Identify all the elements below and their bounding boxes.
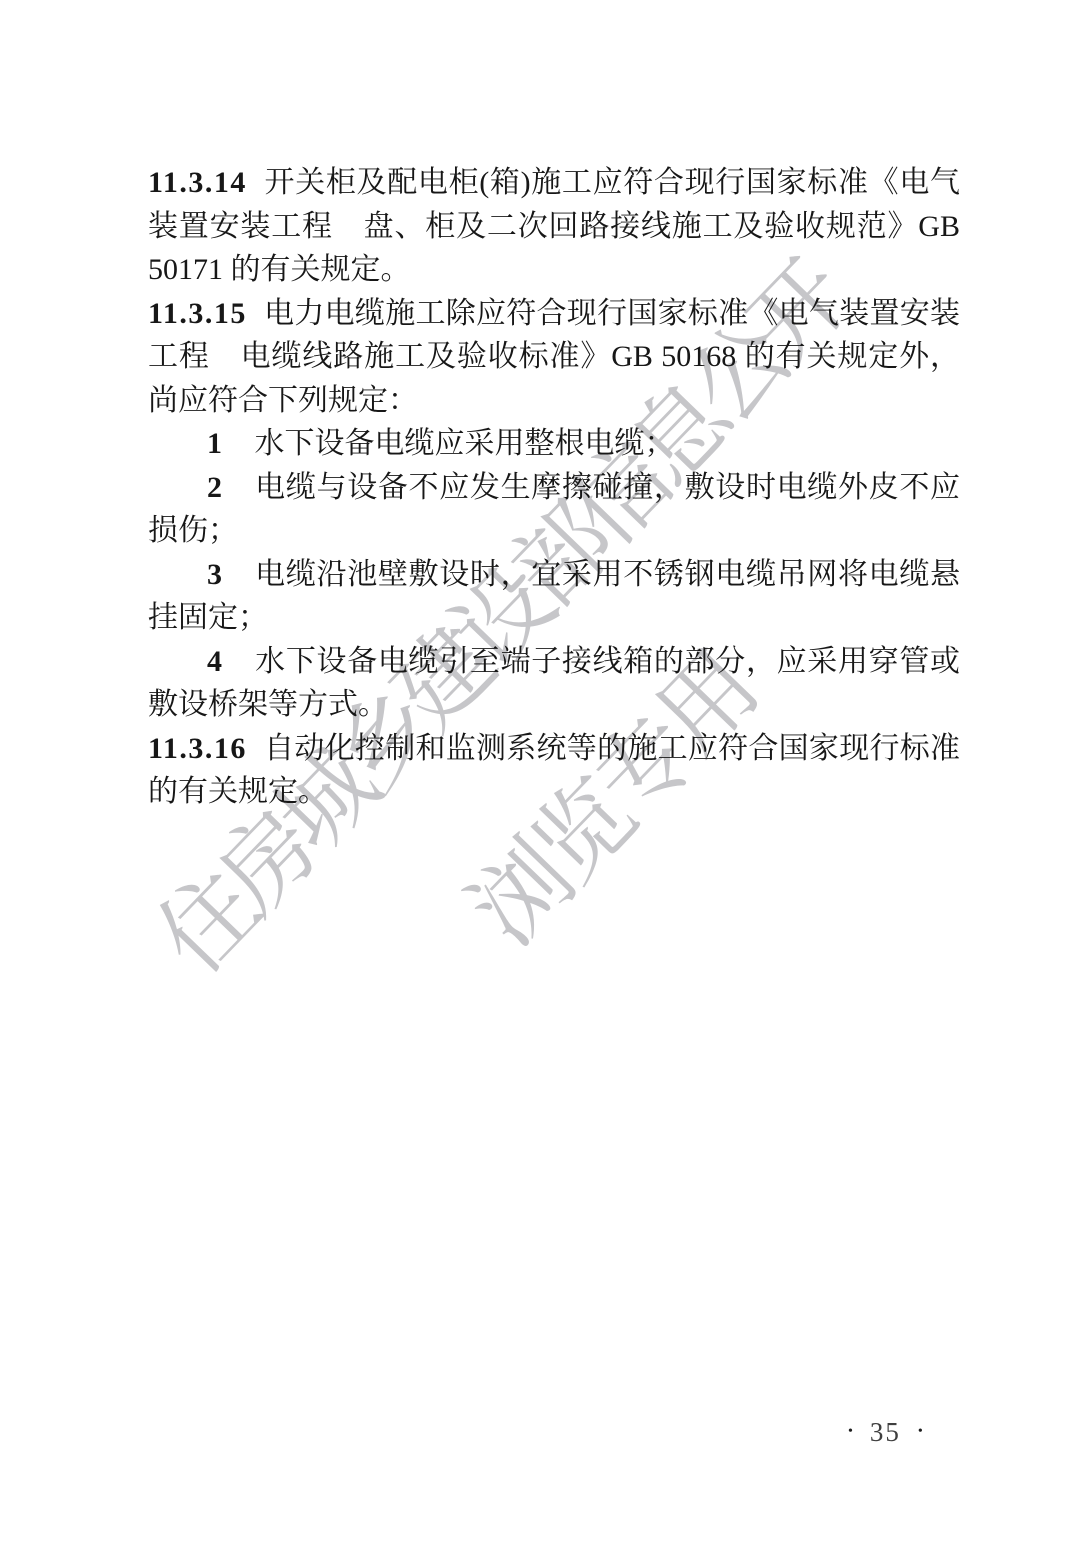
page-number-value: 35	[870, 1419, 901, 1446]
body-text: 11.3.14开关柜及配电柜(箱)施工应符合现行国家标准《电气装置安装工程 盘、…	[148, 161, 960, 814]
page-number: • 35 •	[848, 1416, 923, 1448]
clause-text: 开关柜及配电柜(箱)施工应符合现行国家标准《电气装置安装工程 盘、柜及二次回路接…	[148, 166, 960, 286]
clause-number: 11.3.16	[148, 732, 247, 765]
list-item-number: 1	[207, 427, 224, 460]
list-item-text: 水下设备电缆应采用整根电缆；	[255, 427, 675, 460]
clause-11-3-15: 11.3.15电力电缆施工除应符合现行国家标准《电气装置安装工程 电缆线路施工及…	[148, 292, 960, 423]
page-number-dot-right: •	[918, 1425, 923, 1439]
list-item-number: 3	[207, 558, 224, 591]
list-item-number: 4	[207, 645, 224, 678]
list-item-text: 电缆沿池壁敷设时，宜采用不锈钢电缆吊网将电缆悬挂固定；	[148, 558, 960, 635]
clause-text: 自动化控制和监测系统等的施工应符合国家现行标准的有关规定。	[148, 732, 960, 809]
document-page: 住房城乡建设部信息公开 浏览专用 11.3.14开关柜及配电柜(箱)施工应符合现…	[0, 0, 1080, 1566]
clause-11-3-16: 11.3.16自动化控制和监测系统等的施工应符合国家现行标准的有关规定。	[148, 727, 960, 814]
clause-number: 11.3.14	[148, 166, 247, 199]
list-item-3: 3电缆沿池壁敷设时，宜采用不锈钢电缆吊网将电缆悬挂固定；	[148, 553, 960, 640]
clause-11-3-14: 11.3.14开关柜及配电柜(箱)施工应符合现行国家标准《电气装置安装工程 盘、…	[148, 161, 960, 292]
list-item-text: 电缆与设备不应发生摩擦碰撞，敷设时电缆外皮不应损伤；	[148, 471, 960, 548]
clause-text: 电力电缆施工除应符合现行国家标准《电气装置安装工程 电缆线路施工及验收标准》GB…	[148, 297, 960, 417]
list-item-2: 2电缆与设备不应发生摩擦碰撞，敷设时电缆外皮不应损伤；	[148, 466, 960, 553]
page-number-dot-left: •	[848, 1425, 853, 1439]
list-item-1: 1水下设备电缆应采用整根电缆；	[148, 422, 960, 466]
list-item-number: 2	[207, 471, 224, 504]
clause-number: 11.3.15	[148, 297, 247, 330]
list-item-4: 4水下设备电缆引至端子接线箱的部分，应采用穿管或敷设桥架等方式。	[148, 640, 960, 727]
list-item-text: 水下设备电缆引至端子接线箱的部分，应采用穿管或敷设桥架等方式。	[148, 645, 960, 722]
